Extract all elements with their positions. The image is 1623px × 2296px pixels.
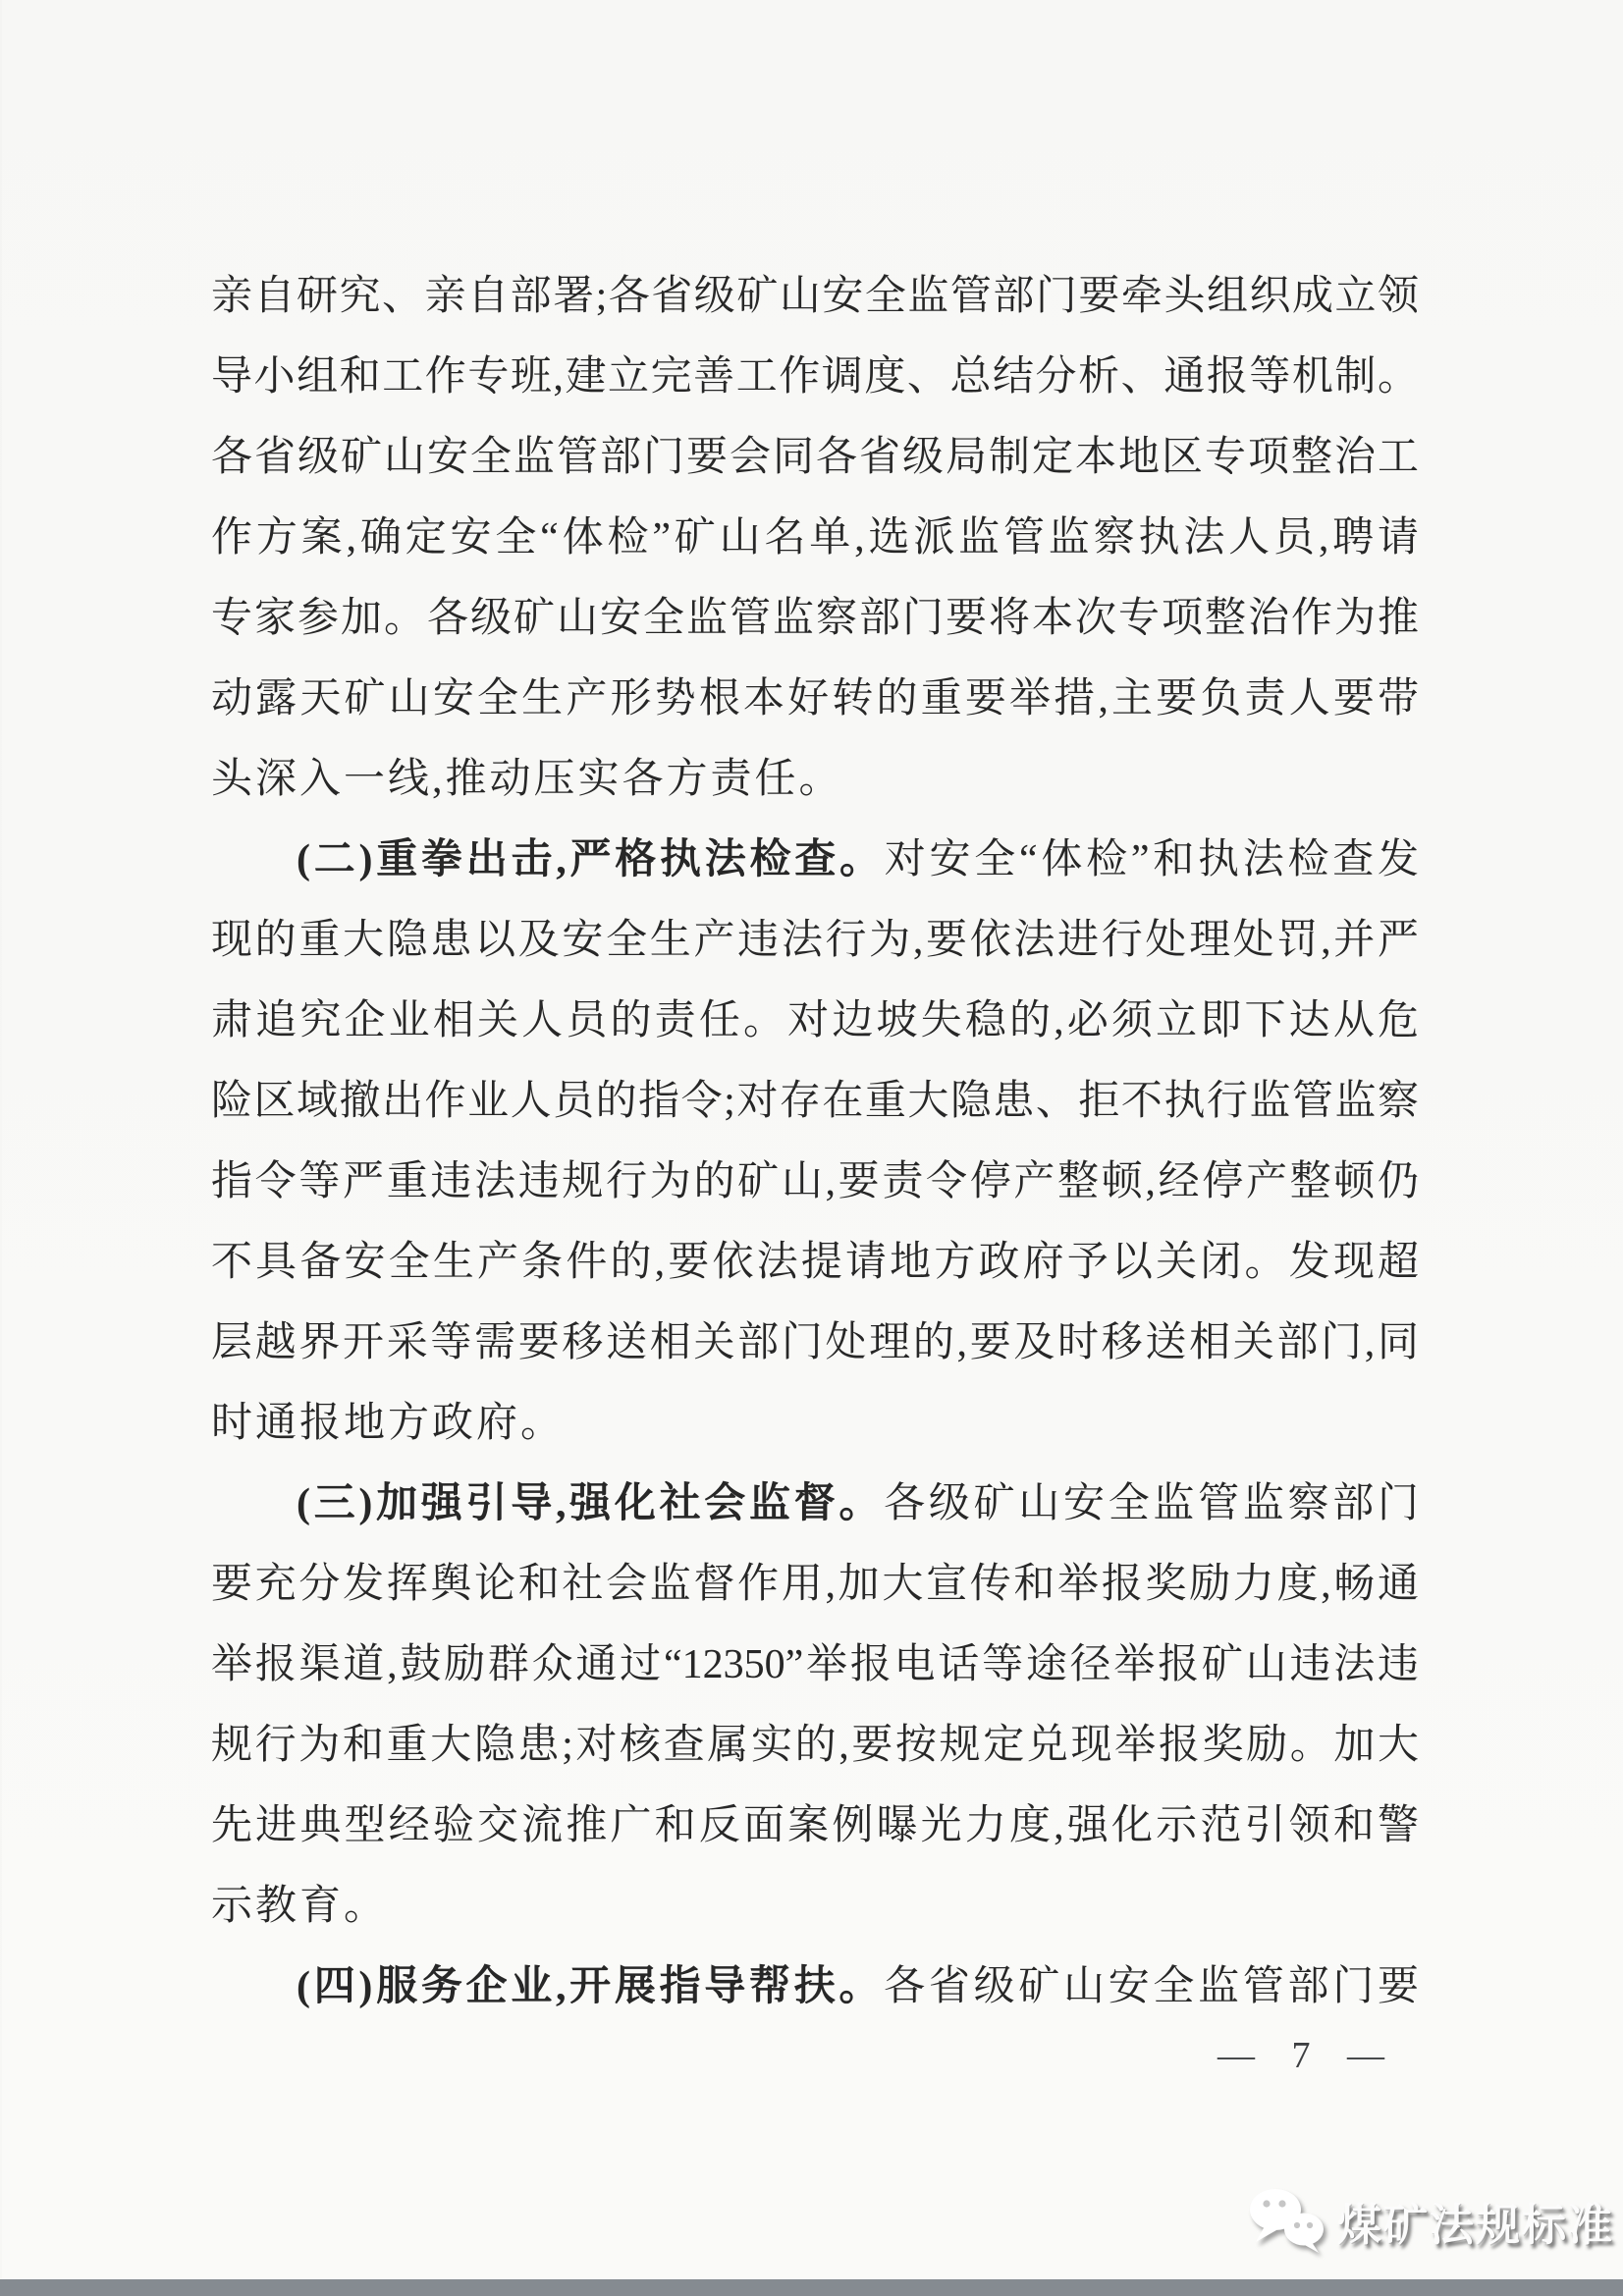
line-text: 专家参加。各级矿山安全监管监察部门要将本次专项整治作为推 [211, 596, 1419, 641]
wechat-watermark: 煤矿法规标准 [1249, 2185, 1614, 2256]
text-line: 时通报地方政府。 [211, 1383, 1419, 1464]
line-text: 各级矿山安全监管监察部门 [884, 1481, 1419, 1526]
document-body: 亲自研究、亲自部署;各省级矿山安全监管部门要牵头组织成立领 导小组和工作专班,建… [211, 256, 1419, 2027]
line-text: 要充分发挥舆论和社会监督作用,加大宣传和举报奖励力度,畅通 [211, 1562, 1419, 1607]
paragraph-heading: (三)加强引导,强化社会监督。 [297, 1481, 884, 1526]
paragraph-heading: (四)服务企业,开展指导帮扶。 [297, 1964, 884, 2009]
text-line: 险区域撤出作业人员的指令;对存在重大隐患、拒不执行监管监察 [211, 1061, 1419, 1142]
text-line: 肃追究企业相关人员的责任。对边坡失稳的,必须立即下达从危 [211, 981, 1419, 1061]
document-page: 亲自研究、亲自部署;各省级矿山安全监管部门要牵头组织成立领 导小组和工作专班,建… [0, 0, 1623, 2296]
line-text: 导小组和工作专班,建立完善工作调度、总结分析、通报等机制。 [211, 354, 1419, 400]
line-text: 规行为和重大隐患;对核查属实的,要按规定兑现举报奖励。加大 [211, 1723, 1419, 1768]
line-text: 时通报地方政府。 [211, 1401, 565, 1446]
text-line: 不具备安全生产条件的,要依法提请地方政府予以关闭。发现超 [211, 1222, 1419, 1303]
line-text: 亲自研究、亲自部署;各省级矿山安全监管部门要牵头组织成立领 [211, 274, 1419, 319]
text-line-paragraph-start: (三)加强引导,强化社会监督。各级矿山安全监管监察部门 [211, 1464, 1419, 1544]
text-line: 导小组和工作专班,建立完善工作调度、总结分析、通报等机制。 [211, 337, 1419, 417]
text-line: 层越界开采等需要移送相关部门处理的,要及时移送相关部门,同 [211, 1303, 1419, 1383]
watermark-label: 煤矿法规标准 [1337, 2189, 1614, 2253]
footer-bar [0, 2279, 1623, 2296]
line-text: 各省级矿山安全监管部门要 [884, 1964, 1419, 2009]
text-line: 要充分发挥舆论和社会监督作用,加大宣传和举报奖励力度,畅通 [211, 1544, 1419, 1625]
line-text: 头深入一线,推动压实各方责任。 [211, 757, 843, 802]
line-text: 现的重大隐患以及安全生产违法行为,要依法进行处理处罚,并严 [211, 918, 1419, 963]
line-text: 肃追究企业相关人员的责任。对边坡失稳的,必须立即下达从危 [211, 998, 1419, 1043]
line-text: 示教育。 [211, 1884, 388, 1929]
line-text: 举报渠道,鼓励群众通过“12350”举报电话等途径举报矿山违法违 [211, 1642, 1419, 1687]
text-line: 作方案,确定安全“体检”矿山名单,选派监管监察执法人员,聘请 [211, 498, 1419, 578]
text-line: 指令等严重违法违规行为的矿山,要责令停产整顿,经停产整顿仍 [211, 1142, 1419, 1222]
text-line: 先进典型经验交流推广和反面案例曝光力度,强化示范引领和警 [211, 1786, 1419, 1866]
text-line: 专家参加。各级矿山安全监管监察部门要将本次专项整治作为推 [211, 578, 1419, 659]
line-text: 先进典型经验交流推广和反面案例曝光力度,强化示范引领和警 [211, 1803, 1419, 1848]
line-text: 动露天矿山安全生产形势根本好转的重要举措,主要负责人要带 [211, 676, 1419, 721]
line-text: 作方案,确定安全“体检”矿山名单,选派监管监察执法人员,聘请 [211, 515, 1419, 561]
text-line: 各省级矿山安全监管部门要会同各省级局制定本地区专项整治工 [211, 417, 1419, 498]
line-text: 各省级矿山安全监管部门要会同各省级局制定本地区专项整治工 [211, 435, 1419, 480]
text-line-paragraph-start: (二)重拳出击,严格执法检查。对安全“体检”和执法检查发 [211, 820, 1419, 900]
text-line-paragraph-start: (四)服务企业,开展指导帮扶。各省级矿山安全监管部门要 [211, 1947, 1419, 2027]
paragraph-heading: (二)重拳出击,严格执法检查。 [297, 837, 885, 882]
text-line: 举报渠道,鼓励群众通过“12350”举报电话等途径举报矿山违法违 [211, 1625, 1419, 1705]
text-line: 规行为和重大隐患;对核查属实的,要按规定兑现举报奖励。加大 [211, 1705, 1419, 1786]
line-text: 不具备安全生产条件的,要依法提请地方政府予以关闭。发现超 [211, 1240, 1419, 1285]
text-line: 示教育。 [211, 1866, 1419, 1947]
wechat-icon [1249, 2187, 1327, 2254]
line-text: 险区域撤出作业人员的指令;对存在重大隐患、拒不执行监管监察 [211, 1079, 1419, 1124]
text-line: 亲自研究、亲自部署;各省级矿山安全监管部门要牵头组织成立领 [211, 256, 1419, 337]
text-line: 动露天矿山安全生产形势根本好转的重要举措,主要负责人要带 [211, 659, 1419, 739]
text-line: 现的重大隐患以及安全生产违法行为,要依法进行处理处罚,并严 [211, 900, 1419, 981]
line-text: 指令等严重违法违规行为的矿山,要责令停产整顿,经停产整顿仍 [211, 1159, 1419, 1204]
line-text: 层越界开采等需要移送相关部门处理的,要及时移送相关部门,同 [211, 1320, 1419, 1365]
text-line: 头深入一线,推动压实各方责任。 [211, 739, 1419, 820]
line-text: 对安全“体检”和执法检查发 [885, 837, 1419, 882]
page-number: — 7 — [1217, 2030, 1385, 2081]
